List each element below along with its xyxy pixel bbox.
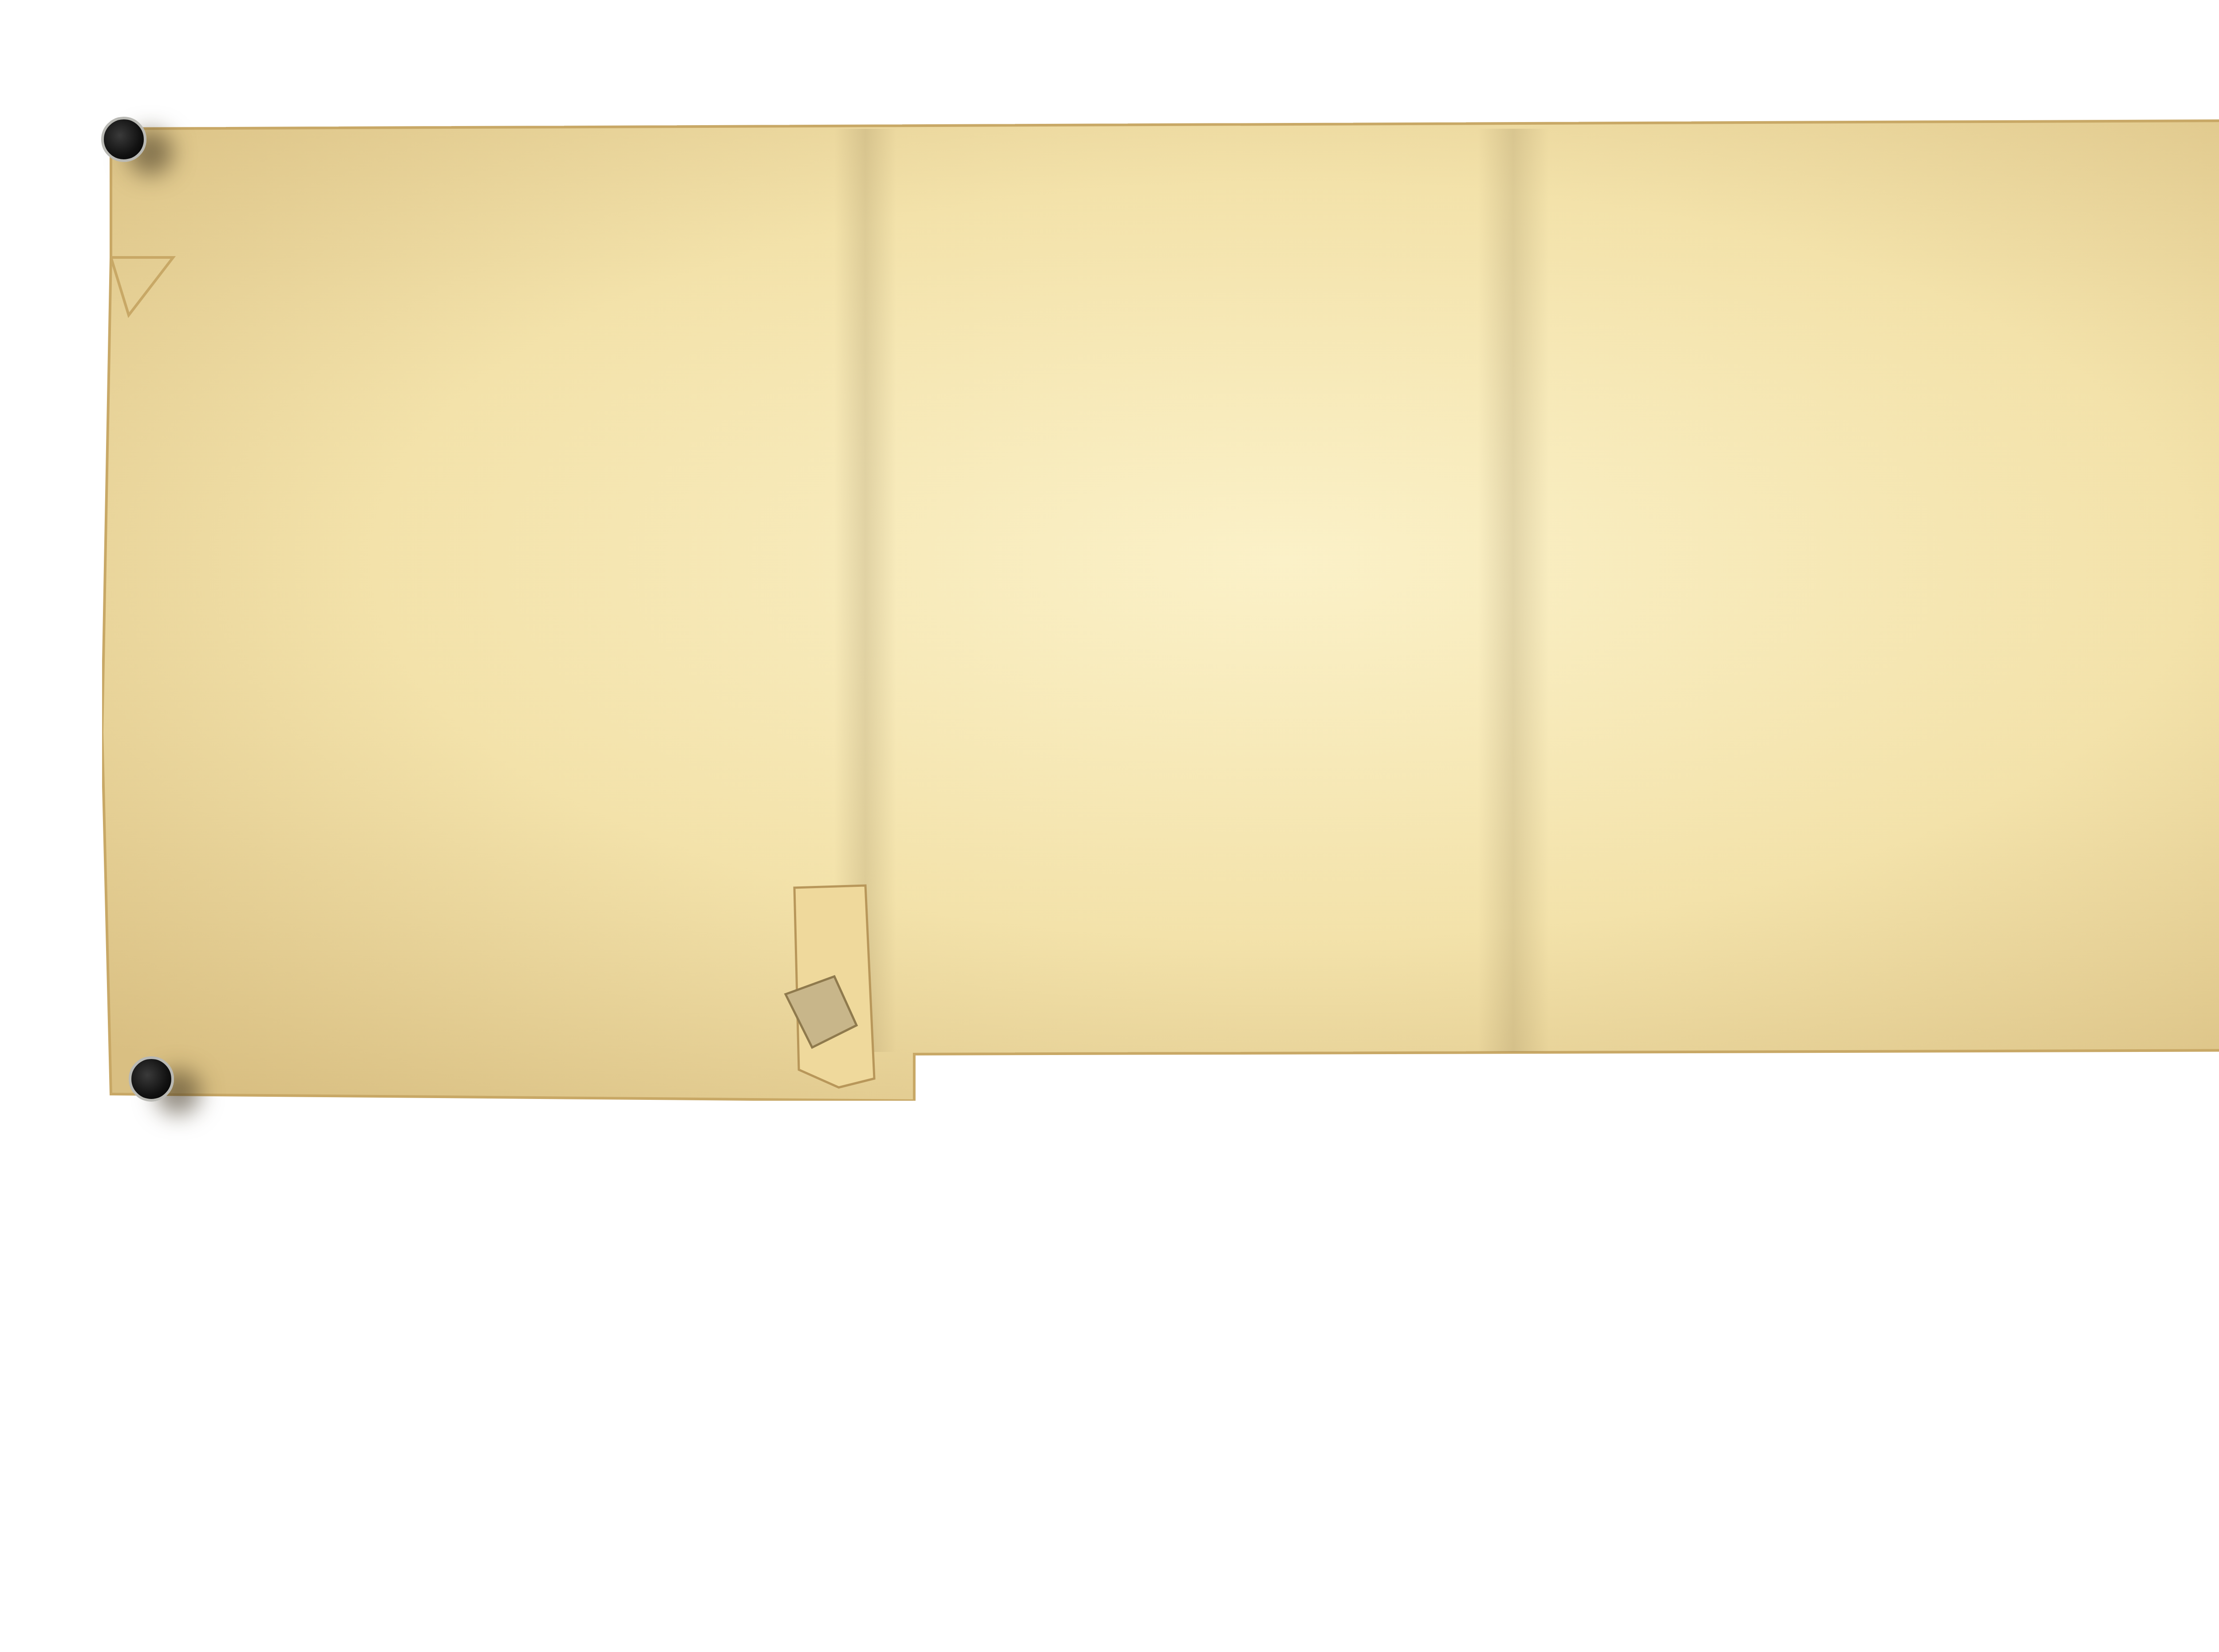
manuscript-line [213,621,2219,666]
manuscript-line [213,755,2219,799]
charter-parchment [102,111,2219,1101]
magnet-top-left [101,117,146,162]
manuscript-line [213,488,2219,533]
manuscript-line [213,577,2219,621]
manuscript-line [213,888,2219,932]
manuscript-line [213,533,2219,577]
manuscript-line [213,710,2219,755]
manuscript-text [213,222,2219,1021]
manuscript-line [213,444,2219,488]
manuscript-line [213,799,2219,843]
manuscript-line [213,976,2219,1021]
magnet-bottom-left [129,1056,174,1102]
manuscript-line [213,399,2219,444]
manuscript-line [213,932,2219,976]
manuscript-line [213,843,2219,888]
manuscript-line [213,355,2219,399]
manuscript-line [213,222,2219,266]
manuscript-line [213,311,2219,355]
manuscript-line [213,266,2219,311]
manuscript-line [213,666,2219,710]
